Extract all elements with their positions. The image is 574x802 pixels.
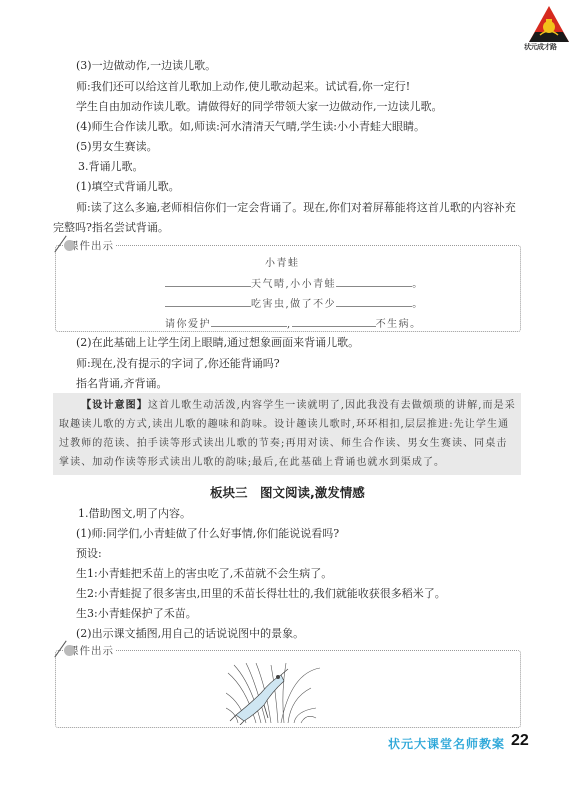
fill-blank [336, 276, 412, 287]
paragraph: (2)出示课文插图,用自己的话说说图中的景象。 [76, 627, 304, 641]
page-number: 22 [511, 732, 529, 750]
fill-blank [292, 316, 376, 327]
paragraph: 3.背诵儿歌。 [78, 160, 144, 174]
courseware-tag: 课件出示 [66, 238, 116, 253]
design-intent-label: 【设计意图】 [81, 400, 148, 411]
paragraph: 指名背诵,齐背诵。 [76, 377, 168, 391]
poem-line: 吃害虫,做了不少。 [165, 295, 424, 310]
tag-dot-icon [64, 240, 75, 251]
fill-blank [165, 296, 251, 307]
tag-dot-icon [64, 645, 75, 656]
paragraph: (1)师:同学们,小青蛙做了什么好事情,你们能说说看吗? [76, 527, 339, 541]
poem-line: 请你爱护,不生病。 [165, 315, 422, 330]
design-intent-box: 【设计意图】这首儿歌生动活泼,内容学生一读就明了,因此我没有去做烦琐的讲解,而是… [53, 393, 521, 475]
paragraph: 生1:小青蛙把禾苗上的害虫吃了,禾苗就不会生病了。 [76, 567, 332, 581]
design-intent-text: 【设计意图】这首儿歌生动活泼,内容学生一读就明了,因此我没有去做烦琐的讲解,而是… [59, 396, 517, 472]
paragraph: 师:读了这么多遍,老师相信你们一定会背诵了。现在,你们对着屏幕能将这首儿歌的内容… [76, 201, 516, 215]
paragraph: 生2:小青蛙捉了很多害虫,田里的禾苗长得壮壮的,我们就能收获很多稻米了。 [76, 587, 446, 601]
paragraph: 1.借助图文,明了内容。 [78, 507, 191, 521]
paragraph: 师:我们还可以给这首儿歌加上动作,使儿歌动起来。试试看,你一定行! [76, 80, 410, 94]
paragraph: (1)填空式背诵儿歌。 [76, 180, 180, 194]
publisher-logo-text: 状元成才路 [524, 42, 557, 52]
paragraph: 师:现在,没有提示的字词了,你还能背诵吗? [76, 357, 280, 371]
fill-blank [211, 316, 287, 327]
section-title: 板块三 图文阅读,激发情感 [210, 483, 365, 501]
paragraph: (4)师生合作读儿歌。如,师读:河水清清天气晴,学生读:小小青蛙大眼睛。 [76, 120, 425, 134]
paragraph: (3)一边做动作,一边读儿歌。 [76, 59, 216, 73]
paragraph: 预设: [76, 547, 102, 561]
fill-blank [165, 276, 251, 287]
poem-line: 天气晴,小小青蛙。 [165, 275, 424, 290]
frog-illustration-icon [226, 663, 320, 725]
paragraph: 完整吗?指名尝试背诵。 [53, 221, 169, 235]
courseware-tag: 课件出示 [66, 643, 116, 658]
paragraph: 生3:小青蛙保护了禾苗。 [76, 607, 197, 621]
paragraph: (2)在此基础上让学生闭上眼睛,通过想象画面来背诵儿歌。 [76, 336, 359, 350]
poem-title: 小青蛙 [265, 254, 300, 269]
paragraph: 学生自由加动作读儿歌。请做得好的同学带领大家一边做动作,一边读儿歌。 [76, 100, 443, 114]
book-title: 状元大课堂名师教案 [388, 735, 505, 752]
fill-blank [336, 296, 412, 307]
paragraph: (5)男女生赛读。 [76, 140, 158, 154]
